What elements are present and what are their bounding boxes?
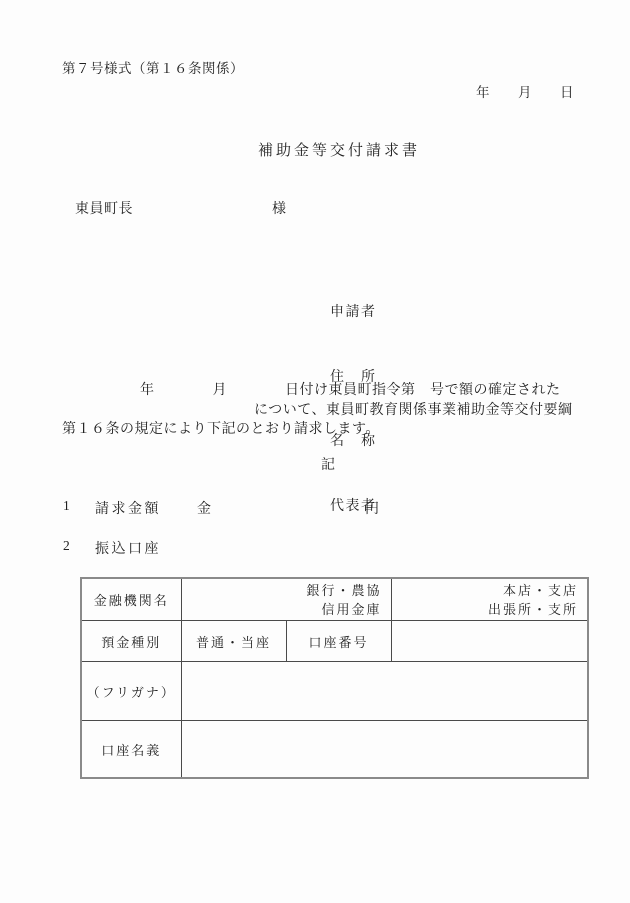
account-holder-label: 口座名義	[81, 721, 181, 779]
furigana-value-cell	[181, 662, 588, 721]
branch-type-line1: 本店・支店	[392, 581, 579, 600]
branch-type-line2: 出張所・支所	[392, 600, 579, 619]
table-row-deposit-type: 預金種別 普通・当座 口座番号	[81, 621, 588, 662]
page-title: 補助金等交付請求書	[258, 139, 420, 160]
date-line: 年 月 日	[0, 81, 574, 101]
body-line-3: 第１６条の規定により下記のとおり請求します。	[62, 418, 380, 438]
form-number: 第７号様式（第１６条関係）	[62, 57, 244, 77]
deposit-type-options: 普通・当座	[181, 621, 286, 662]
item-2-number: 2	[63, 538, 70, 554]
amount-suffix: 円	[365, 498, 380, 518]
applicant-label: 申請者	[330, 302, 377, 324]
addressee-honorific: 様	[272, 198, 287, 218]
institution-type-line2: 信用金庫	[182, 600, 382, 619]
account-holder-value-cell	[181, 721, 588, 779]
table-row-furigana: （フリガナ）	[81, 662, 588, 721]
body-line-1: 年 月 日付け東員町指令第 号で額の確定された	[140, 379, 561, 399]
financial-institution-label: 金融機関名	[81, 578, 181, 621]
table-row-financial-institution: 金融機関名 銀行・農協 信用金庫 本店・支店 出張所・支所	[81, 578, 588, 621]
document-page: 第７号様式（第１６条関係） 年 月 日 補助金等交付請求書 東員町長 様 申請者…	[0, 0, 630, 903]
branch-name-cell: 本店・支店 出張所・支所	[391, 578, 588, 621]
furigana-label: （フリガナ）	[81, 662, 181, 721]
bank-account-table: 金融機関名 銀行・農協 信用金庫 本店・支店 出張所・支所 預金種別 普通・当座…	[80, 577, 589, 779]
deposit-type-label: 預金種別	[81, 621, 181, 662]
table-row-account-holder: 口座名義	[81, 721, 588, 779]
ki-marker: 記	[321, 454, 336, 474]
addressee: 東員町長	[75, 198, 133, 218]
item-2-label: 振込口座	[95, 538, 161, 558]
item-1-number: 1	[63, 498, 70, 514]
institution-type-line1: 銀行・農協	[182, 581, 382, 600]
item-1-label: 請求金額	[95, 498, 161, 518]
financial-institution-name-cell: 銀行・農協 信用金庫	[181, 578, 391, 621]
amount-prefix: 金	[197, 498, 212, 518]
account-number-value-cell	[391, 621, 588, 662]
body-line-2: について、東員町教育関係事業補助金等交付要綱	[254, 399, 572, 419]
account-number-label: 口座番号	[286, 621, 391, 662]
